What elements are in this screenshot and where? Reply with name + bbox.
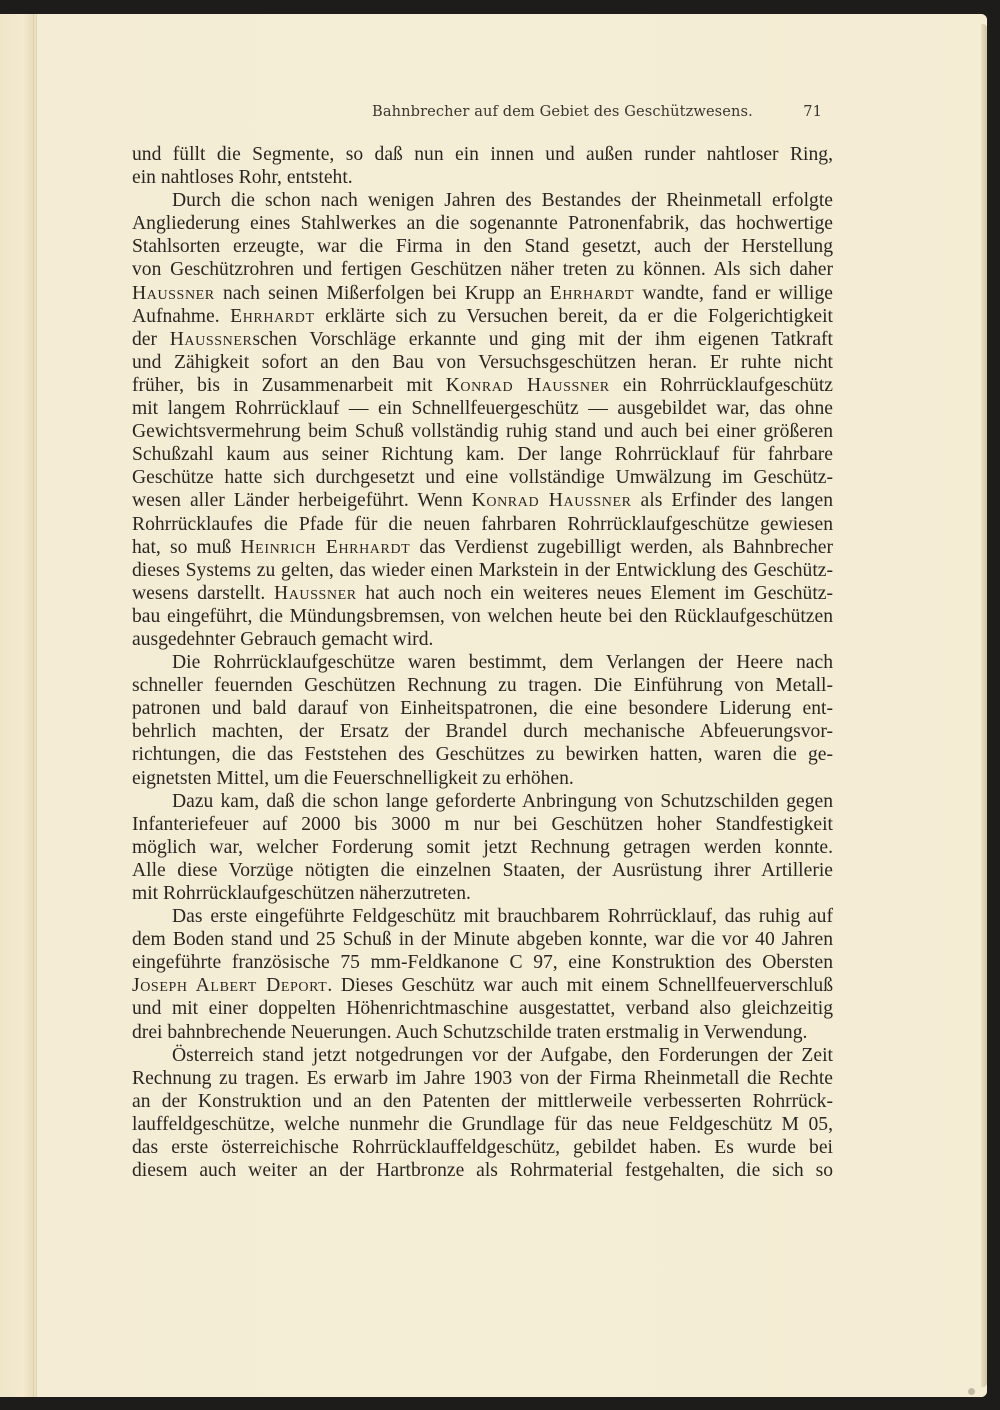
paragraph: Österreich stand jetzt notgedrungen vor …	[132, 1044, 833, 1183]
text-segment: richtungen, die das Feststehen des Gesch…	[132, 744, 833, 765]
text-line: patronen und bald darauf von Einheitspat…	[132, 697, 833, 720]
text-line: an der Konstruktion und an den Patenten …	[132, 1090, 833, 1113]
text-line: und füllt die Segmente, so daß nun ein i…	[132, 143, 833, 166]
page-edge-shadow	[981, 24, 987, 1387]
text-line: eingeführte französische 75 mm-Feldkanon…	[132, 951, 833, 974]
text-segment: Stahlsorten erzeugte, war die Firma in d…	[132, 236, 833, 257]
running-header: Bahnbrecher auf dem Gebiet des Geschützw…	[132, 103, 822, 125]
paragraph: Dazu kam, daß die schon lange geforderte…	[132, 790, 833, 905]
text-segment: der	[132, 329, 170, 350]
text-line: ausgedehnter Gebrauch gemacht wird.	[132, 628, 833, 651]
page-number: 71	[803, 103, 822, 120]
text-line: Joseph Albert Deport. Dieses Geschütz wa…	[132, 974, 833, 997]
text-segment: schen Vorschläge erkannte und ging mit d…	[252, 329, 833, 350]
text-segment: Geschütze hatte sich durchgesetzt und ei…	[132, 467, 833, 488]
text-segment: das erste österreichische Rohrrücklauffe…	[132, 1137, 833, 1158]
text-segment: wesen aller Länder herbeigeführt. Wenn	[132, 490, 472, 511]
person-name: Ehrhardt	[230, 306, 314, 327]
text-segment: Durch die schon nach wenigen Jahren des …	[172, 190, 833, 211]
text-line: Alle diese Vorzüge nötigten die einzelne…	[132, 859, 833, 882]
person-name: Ehrhardt	[550, 283, 634, 304]
text-segment: . Dieses Geschütz war auch mit einem Sch…	[327, 975, 833, 996]
text-segment: wandte, fand er willige	[634, 283, 833, 304]
text-segment: hat auch noch ein weiteres neues Element…	[357, 583, 833, 604]
text-segment: dem Boden stand und 25 Schuß in der Minu…	[132, 929, 833, 950]
text-segment: eignetsten Mittel, um die Feuerschnellig…	[132, 768, 574, 789]
text-segment: früher, bis in Zusammenarbeit mit	[132, 375, 446, 396]
person-name: Haussner	[132, 283, 215, 304]
text-segment: dieses Systems zu gelten, das wieder ein…	[132, 560, 833, 581]
text-segment: patronen und bald darauf von Einheitspat…	[132, 698, 833, 719]
person-name: Joseph Albert Deport	[132, 975, 327, 996]
text-segment: und füllt die Segmente, so daß nun ein i…	[132, 144, 833, 165]
text-segment: Österreich stand jetzt notgedrungen vor …	[172, 1045, 833, 1066]
text-line: drei bahnbrechende Neuerungen. Auch Schu…	[132, 1021, 833, 1044]
text-segment: als Erfinder des langen	[632, 490, 833, 511]
paper-speck	[968, 1388, 975, 1395]
text-line: dieses Systems zu gelten, das wieder ein…	[132, 559, 833, 582]
text-segment: Aufnahme.	[132, 306, 230, 327]
text-segment: mit Rohrrücklaufgeschützen näherzutreten…	[132, 883, 471, 904]
text-line: behrlich machten, der Ersatz der Brandel…	[132, 720, 833, 743]
text-segment: diesem auch weiter an der Hartbronze als…	[132, 1160, 833, 1181]
text-line: der Haussnerschen Vorschläge erkannte un…	[132, 328, 833, 351]
text-segment: Schußzahl kaum aus seiner Richtung kam. …	[132, 444, 833, 465]
previous-page-edge	[0, 14, 33, 1397]
text-line: von Geschützrohren und fertigen Geschütz…	[132, 258, 833, 281]
text-segment: lauffeldgeschütze, welche nunmehr die Gr…	[132, 1114, 833, 1135]
text-segment: Die Rohrrücklaufgeschütze waren bestimmt…	[172, 652, 833, 673]
text-line: Durch die schon nach wenigen Jahren des …	[132, 189, 833, 212]
text-line: Infanteriefeuer auf 2000 bis 3000 m nur …	[132, 813, 833, 836]
text-segment: das Verdienst zugebilligt werden, als Ba…	[410, 537, 833, 558]
text-line: und Zähigkeit sofort an den Bau von Vers…	[132, 351, 833, 374]
text-line: wesens darstellt. Haussner hat auch noch…	[132, 582, 833, 605]
paragraph: Die Rohrrücklaufgeschütze waren bestimmt…	[132, 651, 833, 790]
person-name: Konrad Haussner	[472, 490, 632, 511]
text-segment: mit langem Rohrrücklauf — ein Schnellfeu…	[132, 398, 833, 419]
text-line: Die Rohrrücklaufgeschütze waren bestimmt…	[132, 651, 833, 674]
paragraph: Durch die schon nach wenigen Jahren des …	[132, 189, 833, 651]
text-segment: hat, so muß	[132, 537, 240, 558]
text-line: Angliederung eines Stahlwerkes an die so…	[132, 212, 833, 235]
text-segment: und Zähigkeit sofort an den Bau von Vers…	[132, 352, 833, 373]
text-line: richtungen, die das Feststehen des Gesch…	[132, 743, 833, 766]
running-title: Bahnbrecher auf dem Gebiet des Geschützw…	[372, 103, 753, 120]
text-segment: Angliederung eines Stahlwerkes an die so…	[132, 213, 833, 234]
text-segment: schneller feuernden Geschützen Rechnung …	[132, 675, 833, 696]
text-line: Rohrrücklaufes die Pfade für die neuen f…	[132, 513, 833, 536]
person-name: Heinrich Ehrhardt	[240, 537, 410, 558]
text-line: mit langem Rohrrücklauf — ein Schnellfeu…	[132, 397, 833, 420]
text-line: Gewichtsvermehrung beim Schuß vollständi…	[132, 420, 833, 443]
text-line: hat, so muß Heinrich Ehrhardt das Verdie…	[132, 536, 833, 559]
text-line: Haussner nach seinen Mißerfolgen bei Kru…	[132, 282, 833, 305]
text-line: lauffeldgeschütze, welche nunmehr die Gr…	[132, 1113, 833, 1136]
text-segment: Rechnung zu tragen. Es erwarb im Jahre 1…	[132, 1068, 833, 1089]
text-segment: ein nahtloses Rohr, entsteht.	[132, 167, 353, 188]
text-segment: ausgedehnter Gebrauch gemacht wird.	[132, 629, 433, 650]
text-segment: erklärte sich zu Versuchen bereit, da er…	[315, 306, 833, 327]
text-line: Dazu kam, daß die schon lange geforderte…	[132, 790, 833, 813]
text-segment: möglich war, welcher Forderung somit jet…	[132, 837, 833, 858]
text-line: Das erste eingeführte Feldgeschütz mit b…	[132, 905, 833, 928]
text-segment: Gewichtsvermehrung beim Schuß vollständi…	[132, 421, 833, 442]
text-line: Rechnung zu tragen. Es erwarb im Jahre 1…	[132, 1067, 833, 1090]
text-line: möglich war, welcher Forderung somit jet…	[132, 836, 833, 859]
body-text: und füllt die Segmente, so daß nun ein i…	[132, 143, 833, 1182]
text-segment: nach seinen Mißerfolgen bei Krupp an	[215, 283, 550, 304]
text-line: Geschütze hatte sich durchgesetzt und ei…	[132, 466, 833, 489]
text-segment: bau eingeführt, die Mündungsbremsen, von…	[132, 606, 833, 627]
paragraph: Das erste eingeführte Feldgeschütz mit b…	[132, 905, 833, 1044]
text-line: das erste österreichische Rohrrücklauffe…	[132, 1136, 833, 1159]
text-segment: Alle diese Vorzüge nötigten die einzelne…	[132, 860, 833, 881]
text-line: schneller feuernden Geschützen Rechnung …	[132, 674, 833, 697]
text-segment: Rohrrücklaufes die Pfade für die neuen f…	[132, 514, 833, 535]
text-segment: eingeführte französische 75 mm-Feldkanon…	[132, 952, 833, 973]
text-line: mit Rohrrücklaufgeschützen näherzutreten…	[132, 882, 833, 905]
text-segment: Infanteriefeuer auf 2000 bis 3000 m nur …	[132, 814, 833, 835]
text-segment: von Geschützrohren und fertigen Geschütz…	[132, 259, 833, 280]
text-segment: behrlich machten, der Ersatz der Brandel…	[132, 721, 833, 742]
paragraph: und füllt die Segmente, so daß nun ein i…	[132, 143, 833, 189]
text-line: ein nahtloses Rohr, entsteht.	[132, 166, 833, 189]
text-line: diesem auch weiter an der Hartbronze als…	[132, 1159, 833, 1182]
text-segment: wesens darstellt.	[132, 583, 274, 604]
text-line: Aufnahme. Ehrhardt erklärte sich zu Vers…	[132, 305, 833, 328]
text-line: Stahlsorten erzeugte, war die Firma in d…	[132, 235, 833, 258]
text-line: eignetsten Mittel, um die Feuerschnellig…	[132, 767, 833, 790]
text-segment: und mit einer doppelten Höhenrichtmaschi…	[132, 998, 833, 1019]
person-name: Haussner	[274, 583, 357, 604]
text-line: Österreich stand jetzt notgedrungen vor …	[132, 1044, 833, 1067]
person-name: Haussner	[170, 329, 253, 350]
text-segment: drei bahnbrechende Neuerungen. Auch Schu…	[132, 1022, 807, 1043]
text-line: früher, bis in Zusammenarbeit mit Konrad…	[132, 374, 833, 397]
text-segment: Dazu kam, daß die schon lange geforderte…	[172, 791, 833, 812]
text-line: Schußzahl kaum aus seiner Richtung kam. …	[132, 443, 833, 466]
text-line: wesen aller Länder herbeigeführt. Wenn K…	[132, 489, 833, 512]
text-segment: an der Konstruktion und an den Patenten …	[132, 1091, 833, 1112]
text-line: bau eingeführt, die Mündungsbremsen, von…	[132, 605, 833, 628]
person-name: Konrad Haussner	[446, 375, 610, 396]
text-segment: Das erste eingeführte Feldgeschütz mit b…	[172, 906, 833, 927]
text-line: dem Boden stand und 25 Schuß in der Minu…	[132, 928, 833, 951]
text-segment: ein Rohrrücklaufgeschütz	[610, 375, 833, 396]
text-line: und mit einer doppelten Höhenrichtmaschi…	[132, 997, 833, 1020]
